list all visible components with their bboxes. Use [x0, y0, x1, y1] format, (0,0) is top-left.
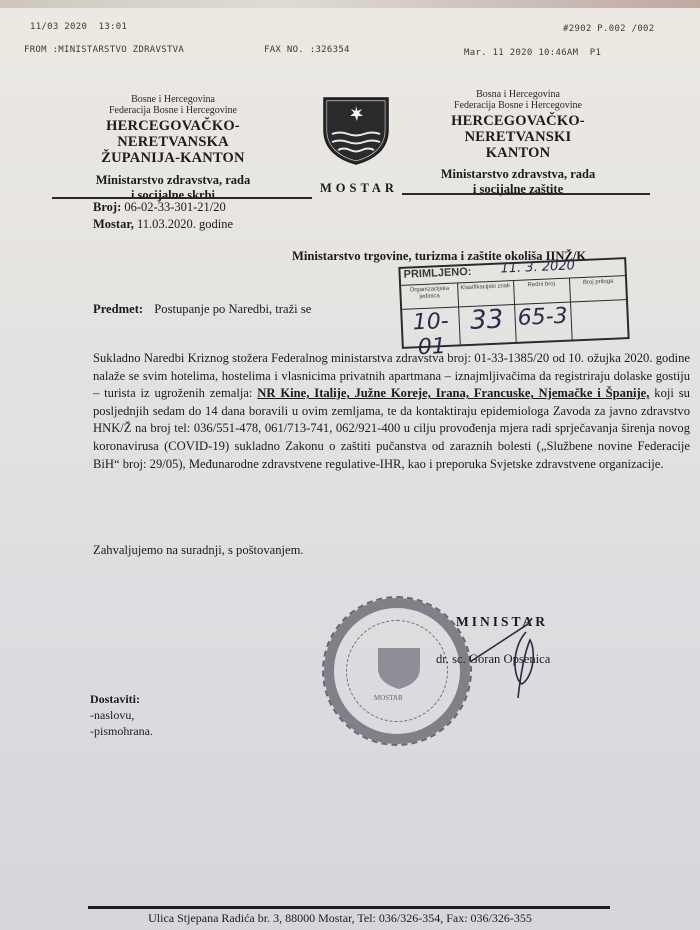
document-number: Broj: 06-02-33-301-21/20	[93, 199, 226, 215]
letterhead-left: Bosne i Hercegovina Federacija Bosne i H…	[58, 94, 288, 203]
place-label: Mostar,	[93, 217, 134, 231]
canton-name-line2: KANTON	[408, 145, 628, 161]
stamp-value-2: 33	[458, 304, 515, 336]
coat-of-arms-icon	[322, 96, 390, 166]
fax-from: FROM :MINISTARSTVO ZDRAVSTVA	[24, 45, 184, 55]
stamp-col-1: Organizacijska jedinica	[403, 286, 456, 302]
footer-rule	[88, 906, 610, 909]
canton-name-line2: ŽUPANIJA-KANTON	[58, 150, 288, 166]
seal-city: MOSTAR	[374, 694, 403, 702]
canton-name-line1: HERCEGOVAČKO-NERETVANSKI	[408, 113, 628, 145]
official-seal: MOSTAR	[322, 596, 472, 746]
date-value: 11.03.2020. godine	[137, 217, 233, 231]
city-name: MOSTAR	[320, 181, 398, 196]
document-place-date: Mostar, 11.03.2020. godine	[93, 216, 233, 232]
body-paragraph: Sukladno Naredbi Kriznog stožera Federal…	[93, 350, 690, 473]
stamp-col-4: Broj priloga	[571, 278, 625, 287]
federation-name: Federacija Bosne i Hercegovine	[58, 105, 288, 116]
letterhead-rule-right	[402, 193, 650, 195]
ministry-name-line1: Ministarstvo zdravstva, rada	[58, 173, 288, 188]
ministry-name-line2: i socijalne zaštite	[408, 182, 628, 197]
stamp-value-3: 65-3	[514, 304, 571, 331]
document-number-label: Broj:	[93, 200, 121, 214]
fax-number: FAX NO. :326354	[264, 45, 350, 55]
canton-name-line1: HERCEGOVAČKO-NERETVANSKA	[58, 118, 288, 150]
delivery-list: Dostaviti: -naslovu, -pismohrana.	[90, 691, 153, 739]
country-name: Bosne i Hercegovina	[58, 94, 288, 105]
footer-address: Ulica Stjepana Radića br. 3, 88000 Mosta…	[80, 911, 600, 926]
photo-edge	[0, 0, 700, 8]
handwritten-signature-icon	[470, 610, 550, 700]
delivery-item: -pismohrana.	[90, 723, 153, 739]
stamp-date: 11. 3. 2020	[500, 258, 575, 276]
document-number-value: 06-02-33-301-21/20	[124, 200, 225, 214]
affected-countries: NR Kine, Italije, Južne Koreje, Irana, F…	[257, 386, 649, 400]
subject-text: Postupanje po Naredbi, traži se	[154, 302, 311, 316]
letterhead-right: Bosna i Hercegovina Federacija Bosne i H…	[408, 89, 628, 197]
delivery-label: Dostaviti:	[90, 691, 153, 707]
subject: Predmet: Postupanje po Naredbi, traži se	[93, 302, 311, 317]
delivery-item: -naslovu,	[90, 707, 153, 723]
fax-datetime: 11/03 2020 13:01	[30, 22, 127, 32]
fax-job-id: #2902 P.002 /002	[563, 24, 655, 34]
fax-received-time: Mar. 11 2020 10:46AM P1	[464, 48, 601, 58]
stamp-col-2: Klasifikacijski znak	[459, 283, 511, 292]
country-name: Bosna i Hercegovina	[408, 89, 628, 100]
subject-label: Predmet:	[93, 302, 143, 316]
stamp-title: PRIMLJENO:	[403, 266, 471, 281]
received-stamp: PRIMLJENO: 11. 3. 2020 Organizacijska je…	[398, 257, 629, 349]
stamp-col-3: Redni broj	[515, 281, 567, 290]
seal-emblem-icon	[376, 646, 422, 690]
ministry-name-line1: Ministarstvo zdravstva, rada	[408, 167, 628, 182]
closing-line: Zahvaljujemo na suradnji, s poštovanjem.	[93, 543, 304, 558]
federation-name: Federacija Bosne i Hercegovine	[408, 100, 628, 111]
